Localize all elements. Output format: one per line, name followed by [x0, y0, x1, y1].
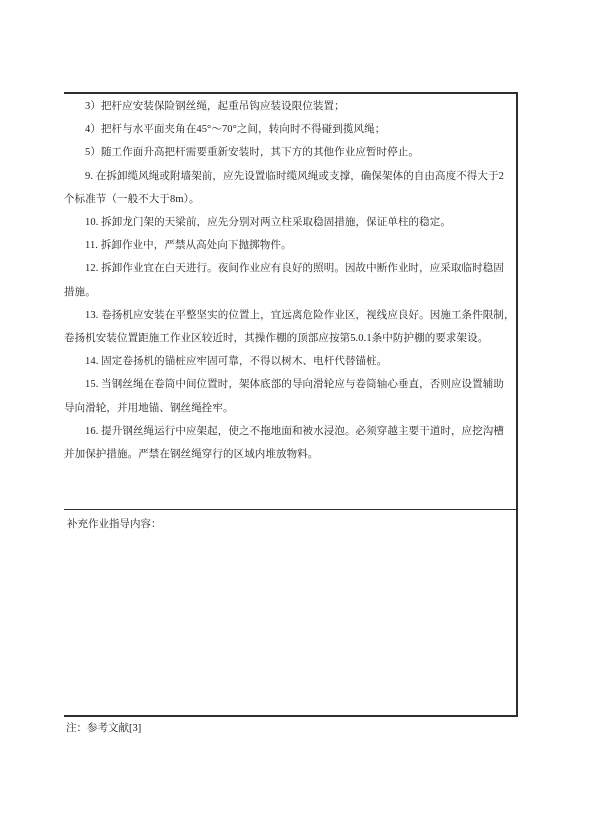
instruction-line: 12. 拆卸作业宜在白天进行。夜间作业应有良好的照明。因故中断作业时，应采取临时… — [64, 257, 508, 280]
document-frame: 3）把杆应安装保险钢丝绳，起重吊钩应装设限位装置； 4）把杆与水平面夹角在45°… — [64, 92, 518, 717]
instruction-line: 措施。 — [64, 281, 508, 304]
instruction-line: 卷扬机安装位置距施工作业区较近时，其操作棚的顶部应按第5.0.1条中防护棚的要求… — [64, 327, 508, 350]
instruction-line: 5）随工作面升高把杆需要重新安装时，其下方的其他作业应暂时停止。 — [64, 141, 508, 164]
instruction-line: 15. 当钢丝绳在卷筒中间位置时，架体底部的导向滑轮应与卷筒轴心垂直，否则应设置… — [64, 373, 508, 396]
instruction-line: 4）把杆与水平面夹角在45°～70°之间，转向时不得碰到揽风绳； — [64, 118, 508, 141]
instruction-line: 个标准节（一般不大于8m）。 — [64, 188, 508, 211]
instruction-line: 并加保护措施。严禁在钢丝绳穿行的区域内堆放物料。 — [64, 443, 508, 466]
instruction-line: 16. 提升钢丝绳运行中应架起，使之不拖地面和被水浸泡。必须穿越主要干道时，应挖… — [64, 420, 508, 443]
page: { "page": { "background": "#ffffff", "te… — [0, 0, 590, 835]
instructions-section: 3）把杆应安装保险钢丝绳，起重吊钩应装设限位装置； 4）把杆与水平面夹角在45°… — [64, 94, 516, 509]
supplement-label: 补充作业指导内容： — [67, 518, 516, 532]
instruction-line: 13. 卷扬机应安装在平整坚实的位置上，宜远离危险作业区，视线应良好。因施工条件… — [64, 304, 508, 327]
instruction-line: 9. 在拆卸缆风绳或附墙架前，应先设置临时缆风绳或支撑，确保架体的自由高度不得大… — [64, 165, 508, 188]
footnote-text: 注：参考文献[3] — [66, 722, 141, 736]
instruction-line: 14. 固定卷扬机的锚桩应牢固可靠，不得以树木、电杆代替锚桩。 — [64, 350, 508, 373]
instruction-line: 导向滑轮，并用地锚、钢丝绳拴牢。 — [64, 397, 508, 420]
instruction-line: 11. 拆卸作业中，严禁从高处向下抛掷物件。 — [64, 234, 508, 257]
instruction-line: 3）把杆应安装保险钢丝绳，起重吊钩应装设限位装置； — [64, 95, 508, 118]
supplement-section: 补充作业指导内容： — [64, 509, 516, 719]
instruction-line: 10. 拆卸龙门架的天梁前，应先分别对两立柱采取稳固措施，保证单柱的稳定。 — [64, 211, 508, 234]
